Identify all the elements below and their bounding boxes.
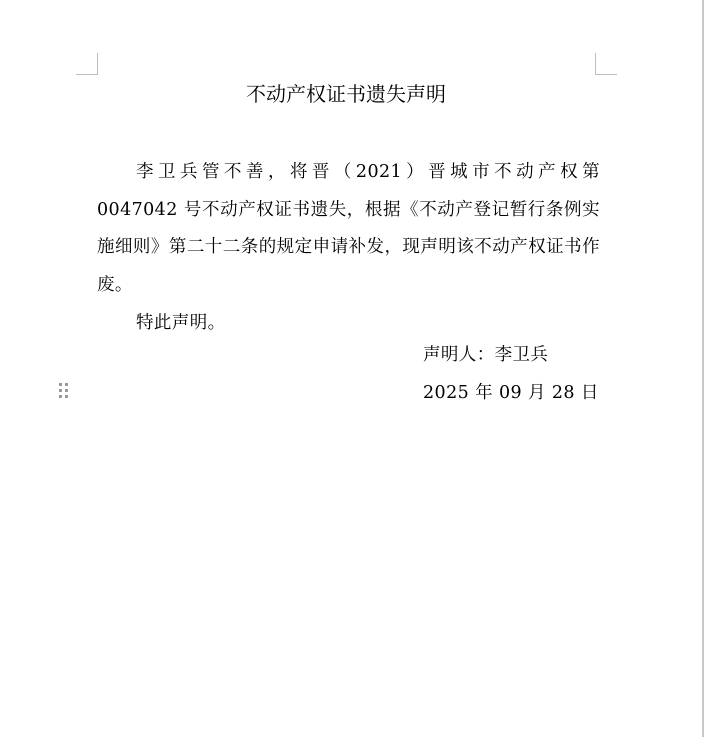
date-line[interactable]: 2025 年 09 月 28 日	[423, 379, 599, 407]
document-page: 不动产权证书遗失声明 李卫兵管不善，将晋（2021）晋城市不动产权第 00470…	[0, 0, 702, 737]
document-body[interactable]: 李卫兵管不善，将晋（2021）晋城市不动产权第 0047042 号不动产权证书遗…	[97, 154, 600, 343]
drag-handle-icon[interactable]	[59, 383, 69, 399]
declarant-line[interactable]: 声明人：李卫兵	[423, 341, 548, 369]
document-title[interactable]: 不动产权证书遗失声明	[0, 80, 692, 108]
paragraph-statement[interactable]: 李卫兵管不善，将晋（2021）晋城市不动产权第 0047042 号不动产权证书遗…	[97, 154, 600, 305]
margin-corner-top-right	[595, 53, 617, 75]
margin-corner-top-left	[76, 53, 98, 75]
paragraph-closing[interactable]: 特此声明。	[97, 305, 600, 343]
